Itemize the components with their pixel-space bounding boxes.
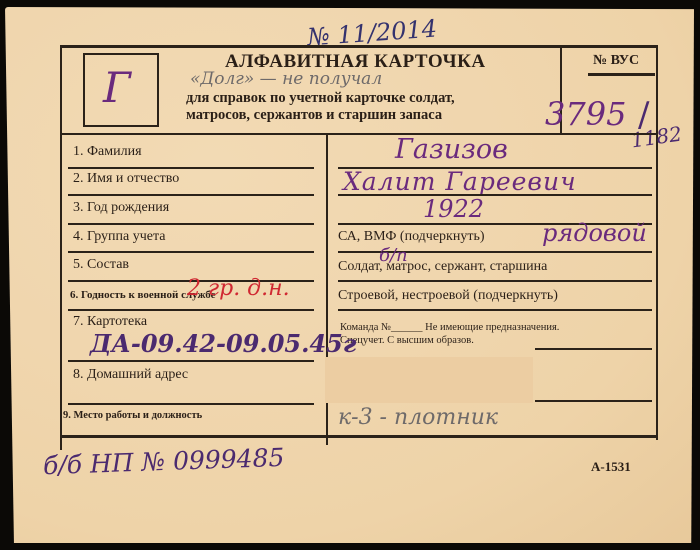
rule: [68, 167, 314, 169]
card-subtitle-line1: для справок по учетной карточке солдат,: [186, 90, 455, 107]
letter-box-letter: Г: [103, 63, 131, 112]
bottom-note: б/б НП № 0999485: [43, 443, 285, 480]
letter-box: Г: [83, 53, 159, 127]
rule: [535, 400, 652, 402]
rule: [68, 223, 314, 225]
alphabetical-card: № 11/2014 Г АЛФАВИТНАЯ КАРТОЧКА «Долг» —…: [5, 7, 694, 543]
field-label-card-index: 7. Картотека: [73, 314, 147, 330]
rule: [68, 360, 314, 362]
frame-right-rule: [656, 45, 658, 440]
memorial-note: «Долг» — не получал: [190, 69, 382, 89]
rule: [68, 194, 314, 196]
field-value-surname: Газизов: [395, 134, 508, 165]
vus-label-underline: [588, 73, 655, 76]
field-label-birth-year: 3. Год рождения: [73, 200, 169, 216]
field-label-home-address: 8. Домашний адрес: [73, 367, 188, 383]
frame-bottom-rule: [60, 435, 658, 438]
vus-number: 3795: [545, 95, 626, 133]
field-value-fitness: 2 гр. д.н.: [187, 276, 290, 301]
vus-label: № ВУС: [593, 53, 639, 69]
special-account-print: Спецучет. С высшим образов.: [340, 335, 474, 346]
field-label-composition: 5. Состав: [73, 257, 129, 273]
rule: [68, 403, 314, 405]
field-value-birth-year: 1922: [423, 195, 484, 223]
field-value-card-index: ДА-09.42-09.05.45г: [90, 329, 356, 358]
rule: [338, 194, 652, 196]
field-value-name-patronymic: Халит Гареевич: [343, 167, 577, 196]
frame-left-rule: [60, 45, 62, 450]
redacted-area: [325, 357, 533, 403]
field-label-name-patronymic: 2. Имя и отчество: [73, 171, 179, 187]
service-branch-print: СА, ВМФ (подчеркнуть): [338, 229, 485, 245]
team-number-print: Команда №______ Не имеющие предназначени…: [340, 322, 559, 333]
rule: [68, 309, 314, 311]
rule: [338, 280, 652, 282]
card-subtitle-line2: матросов, сержантов и старшин запаса: [186, 107, 442, 124]
frame-top-rule: [60, 45, 658, 48]
field-label-workplace: 9. Место работы и должность: [63, 410, 202, 421]
rule: [68, 251, 314, 253]
rule: [338, 309, 652, 311]
fitness-print: Строевой, нестроевой (подчеркнуть): [338, 288, 558, 304]
rule: [535, 348, 652, 350]
field-value-workplace: к-3 - плотник: [338, 405, 498, 430]
field-value-rank: рядовой: [542, 219, 647, 247]
header-bottom-rule: [60, 133, 658, 135]
composition-print: Солдат, матрос, сержант, старшина: [338, 259, 547, 275]
field-label-account-group: 4. Группа учета: [73, 229, 165, 245]
field-label-surname: 1. Фамилия: [73, 144, 142, 160]
form-number: А-1531: [591, 459, 631, 475]
